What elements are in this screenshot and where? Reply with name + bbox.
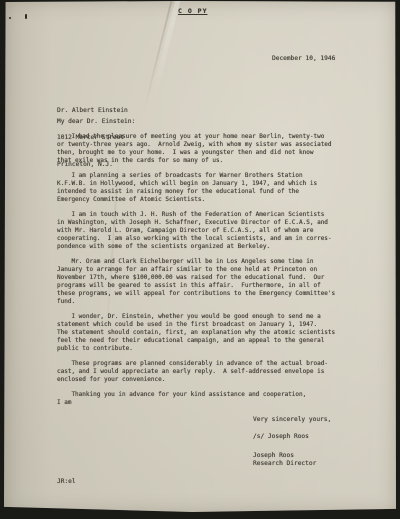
signer-name: Joseph Roos <box>253 452 294 459</box>
signer-title: Research Director <box>253 460 316 467</box>
body-paragraph: I wonder, Dr. Einstein, whether you woul… <box>57 313 357 353</box>
body-paragraph: Mr. Oram and Clark Eichelberger will be … <box>57 258 357 306</box>
body-paragraph: Thanking you in advance for your kind as… <box>57 391 357 407</box>
copy-stamp-label: C O PY <box>178 7 207 15</box>
body-paragraph: I had the pleasure of meeting you at you… <box>57 133 357 165</box>
recipient-name: Dr. Albert Einstein <box>57 106 128 115</box>
valediction: Very sincerely yours, <box>253 416 331 423</box>
body-paragraphs: I had the pleasure of meeting you at you… <box>57 133 357 414</box>
letter-date: December 10, 1946 <box>272 55 335 62</box>
stray-mark-tick <box>25 14 27 19</box>
body-paragraph: I am planning a series of broadcasts for… <box>57 172 357 204</box>
body-paragraph: These programs are planned considerably … <box>57 360 357 384</box>
typist-reference: JR:el <box>57 478 76 485</box>
stray-mark-dot <box>9 17 11 19</box>
paper-crease-highlight <box>146 0 182 118</box>
scanned-letter-frame: C O PY December 10, 1946 Dr. Albert Eins… <box>0 0 400 519</box>
salutation: My dear Dr. Einstein: <box>57 118 135 125</box>
typed-signature: /s/ Joseph Roos <box>253 433 309 440</box>
paper-crease <box>139 0 175 127</box>
body-paragraph: I am in touch with J. H. Rush of the Fed… <box>57 211 357 251</box>
